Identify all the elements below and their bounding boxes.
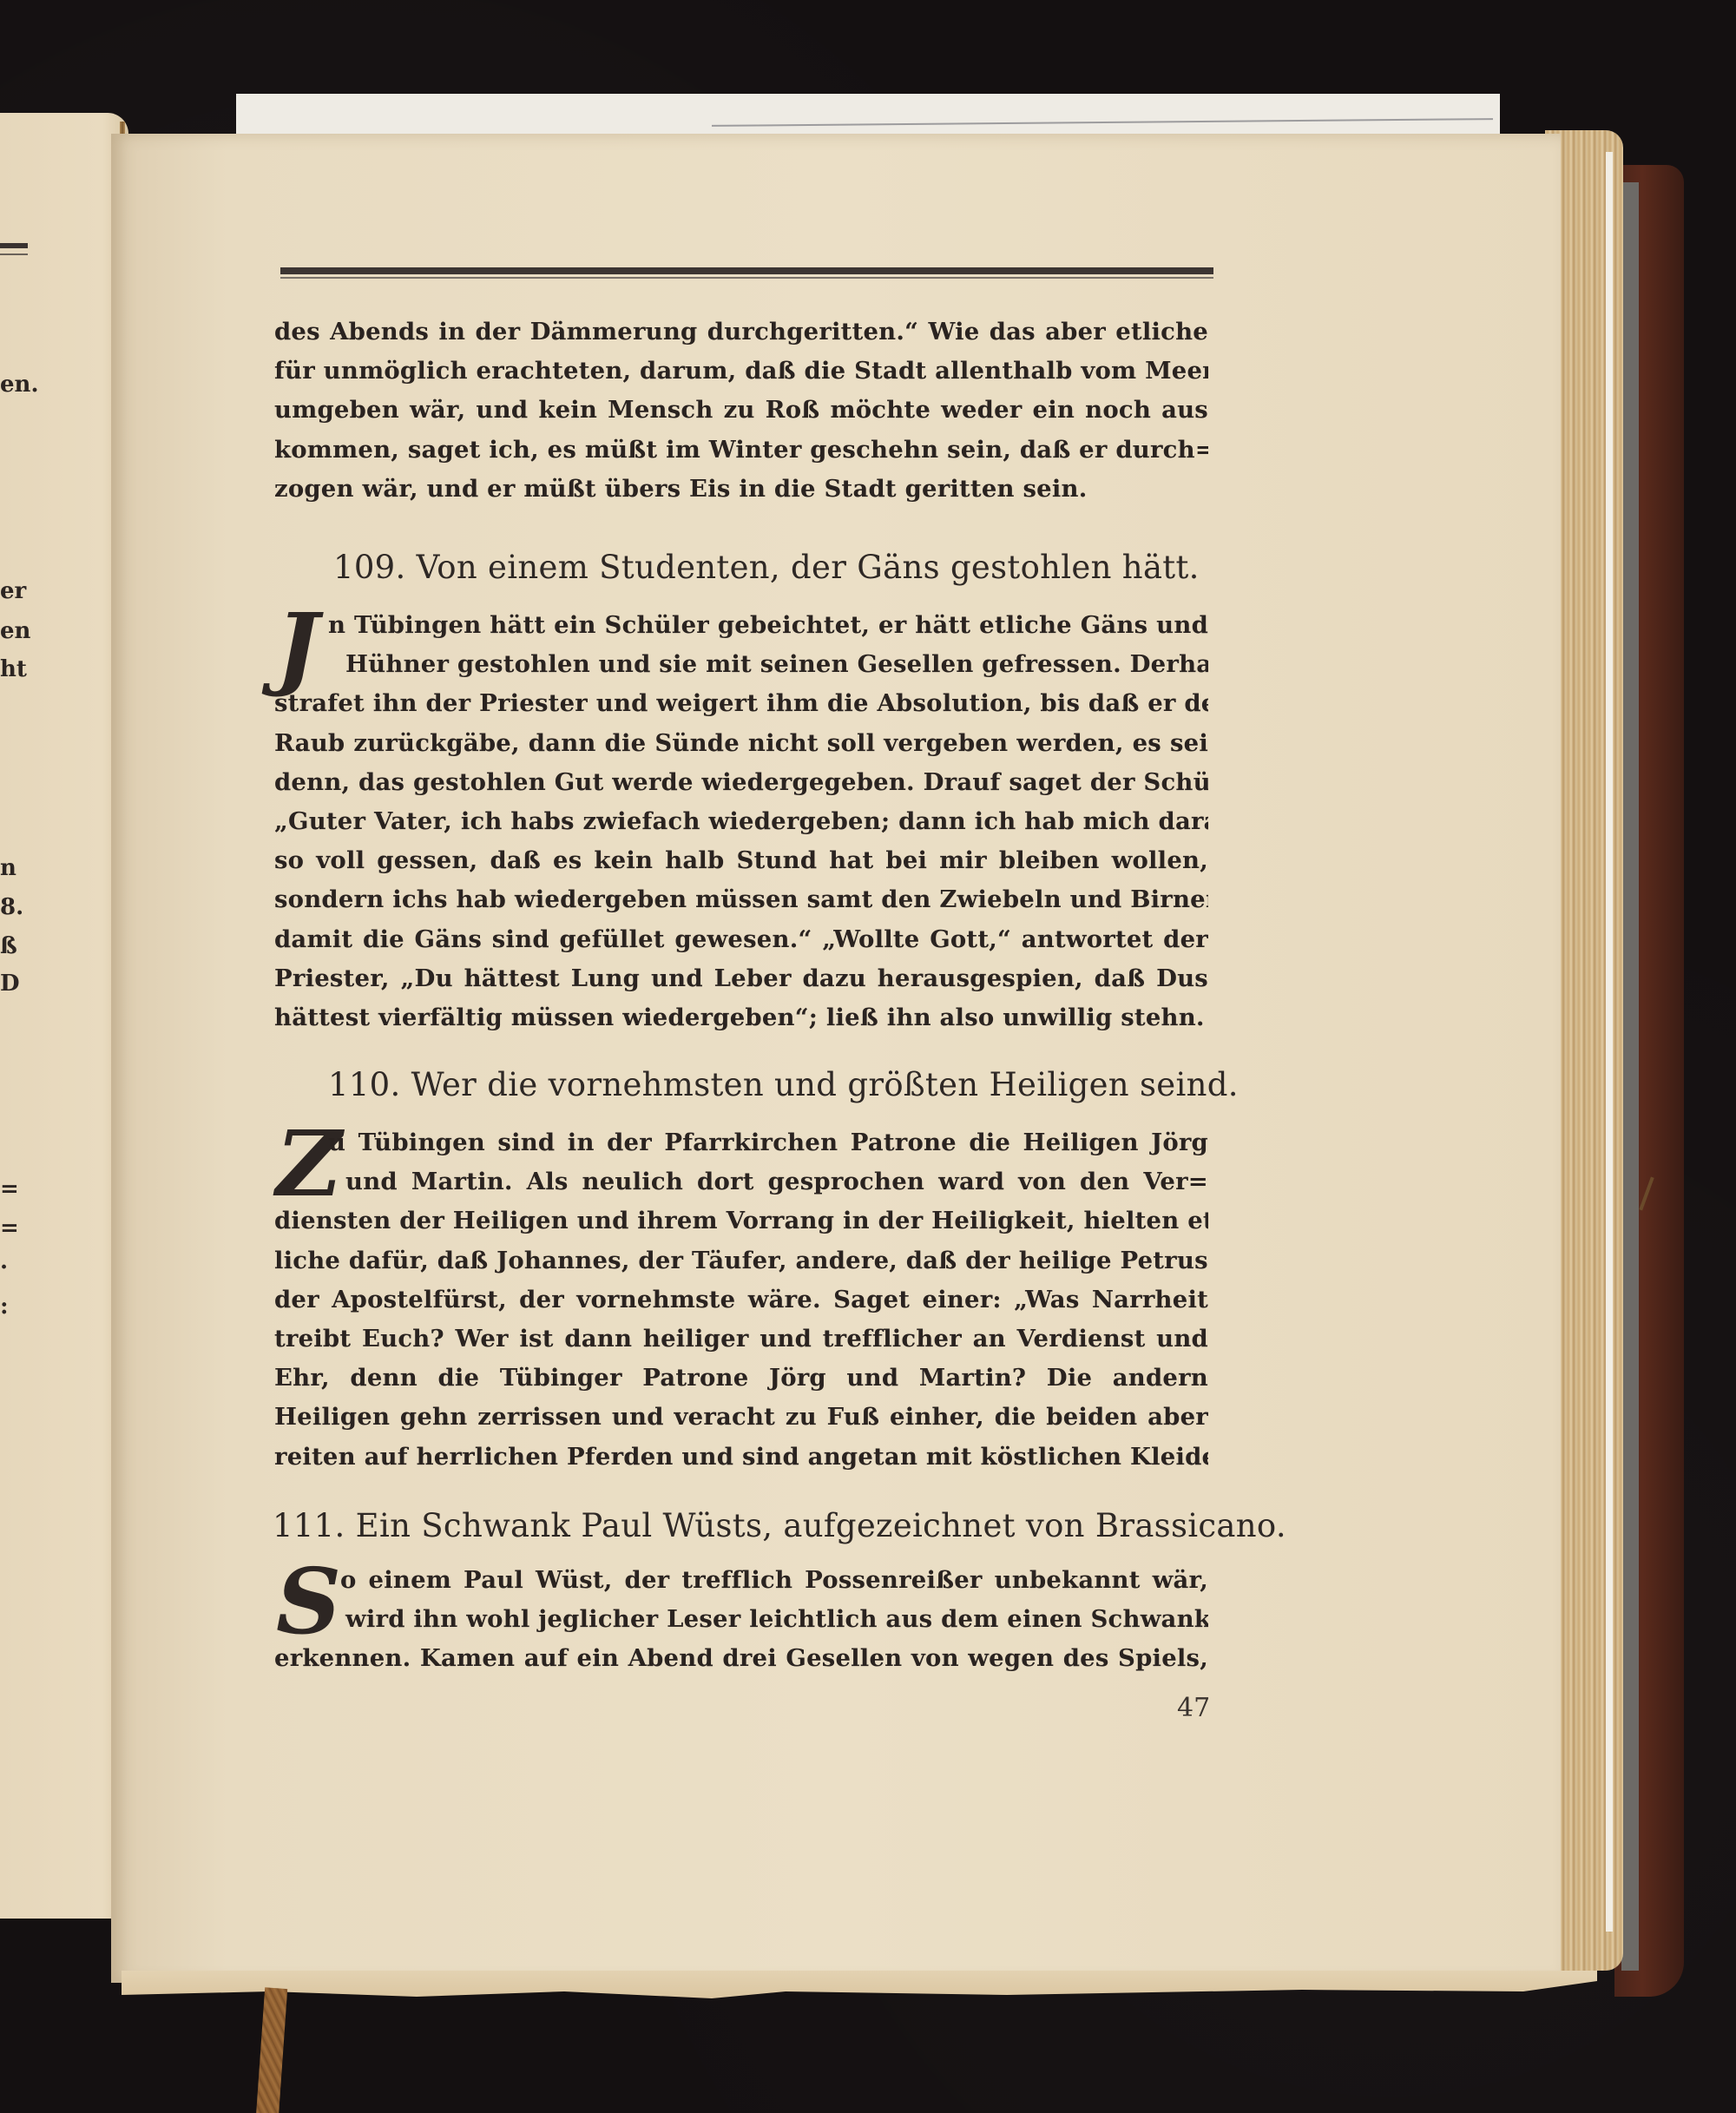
text-line: Ehr, denn die Tübinger Patrone Jörg und … xyxy=(274,1359,1208,1398)
text-line: denn, das gestohlen Gut werde wiedergege… xyxy=(274,763,1208,802)
section-heading-110: 110. Wer die vornehmsten und größten Hei… xyxy=(328,1066,1239,1103)
left-page-fragment: 8. xyxy=(0,894,23,920)
text-line: so voll gessen, daß es kein halb Stund h… xyxy=(274,841,1208,880)
left-page-fragment: : xyxy=(0,1293,9,1320)
section-109-body: n Tübingen hätt ein Schüler gebeichtet, … xyxy=(274,606,1208,1037)
text-line: umgeben wär, und kein Mensch zu Roß möch… xyxy=(274,391,1208,430)
left-page-fragment: en. xyxy=(0,372,39,398)
header-rule xyxy=(280,267,1213,274)
text-line: kommen, saget ich, es müßt im Winter ges… xyxy=(274,431,1208,470)
text-line: hättest vierfältig müssen wiedergeben“; … xyxy=(274,998,1208,1037)
text-line: liche dafür, daß Johannes, der Täufer, a… xyxy=(274,1241,1208,1280)
section-110-body: u Tübingen sind in der Pfarrkirchen Patr… xyxy=(274,1123,1208,1477)
section-heading-111: 111. Ein Schwank Paul Wüsts, aufgezeichn… xyxy=(273,1507,1286,1544)
text-line: Heiligen gehn zerrissen und veracht zu F… xyxy=(274,1398,1208,1437)
text-line: für unmöglich erachteten, darum, daß die… xyxy=(274,352,1208,391)
text-line: strafet ihn der Priester und weigert ihm… xyxy=(274,684,1208,723)
text-line: damit die Gäns sind gefüllet gewesen.“ „… xyxy=(274,920,1208,959)
left-header-rule-thin xyxy=(0,253,28,255)
left-page-fragment: D xyxy=(0,971,20,997)
left-page-fragment: ht xyxy=(0,656,27,682)
section-number: 110. xyxy=(328,1066,401,1103)
cover-endpaper xyxy=(1621,182,1639,1971)
text-line: reiten auf herrlichen Pferden und sind a… xyxy=(274,1438,1208,1477)
section-111-body: o einem Paul Wüst, der trefflich Possenr… xyxy=(274,1561,1208,1679)
text-line: n Tübingen hätt ein Schüler gebeichtet, … xyxy=(274,606,1208,645)
header-rule-thin xyxy=(280,277,1213,279)
text-line: Raub zurückgäbe, dann die Sünde nicht so… xyxy=(274,724,1208,763)
left-page-fragment: ß xyxy=(0,933,17,959)
section-number: 109. xyxy=(333,549,406,586)
text-line: zogen wär, und er müßt übers Eis in die … xyxy=(274,470,1208,509)
text-line: des Abends in der Dämmerung durchgeritte… xyxy=(274,313,1208,352)
text-line: o einem Paul Wüst, der trefflich Possenr… xyxy=(274,1561,1208,1600)
text-line: treibt Euch? Wer ist dann heiliger und t… xyxy=(274,1320,1208,1359)
section-title: Ein Schwank Paul Wüsts, aufgezeichnet vo… xyxy=(356,1507,1286,1544)
left-page-fragment: · xyxy=(0,1254,8,1280)
text-line: u Tübingen sind in der Pfarrkirchen Patr… xyxy=(274,1123,1208,1162)
left-page-fragment: = xyxy=(0,1176,19,1202)
text-line: sondern ichs hab wiedergeben müssen samt… xyxy=(274,880,1208,919)
text-line: der Apostelfürst, der vornehmste wäre. S… xyxy=(274,1280,1208,1320)
left-header-rule xyxy=(0,243,28,248)
text-line: wird ihn wohl jeglicher Leser leichtlich… xyxy=(274,1600,1208,1639)
continuation-paragraph: des Abends in der Dämmerung durchgeritte… xyxy=(274,313,1208,509)
section-title: Wer die vornehmsten und größten Heiligen… xyxy=(411,1066,1239,1103)
section-title: Von einem Studenten, der Gäns gestohlen … xyxy=(417,549,1200,586)
left-page-fragment: = xyxy=(0,1215,19,1241)
text-line: „Guter Vater, ich habs zwiefach wiederge… xyxy=(274,802,1208,841)
inserted-paper-slip xyxy=(236,94,1500,137)
text-line: erkennen. Kamen auf ein Abend drei Gesel… xyxy=(274,1639,1208,1678)
text-line: Hühner gestohlen und sie mit seinen Gese… xyxy=(274,645,1208,684)
left-page-fragment: er xyxy=(0,578,26,604)
section-number: 111. xyxy=(273,1507,345,1544)
page-number: 47 xyxy=(1177,1693,1210,1723)
text-line: und Martin. Als neulich dort gesprochen … xyxy=(274,1162,1208,1201)
section-heading-109: 109. Von einem Studenten, der Gäns gesto… xyxy=(333,549,1200,586)
left-page-fragment: n xyxy=(0,855,16,881)
inserted-white-leaf xyxy=(1606,152,1613,1932)
text-line: Priester, „Du hättest Lung und Leber daz… xyxy=(274,959,1208,998)
left-page-fragment: en xyxy=(0,618,30,644)
text-line: diensten der Heiligen und ihrem Vorrang … xyxy=(274,1201,1208,1241)
